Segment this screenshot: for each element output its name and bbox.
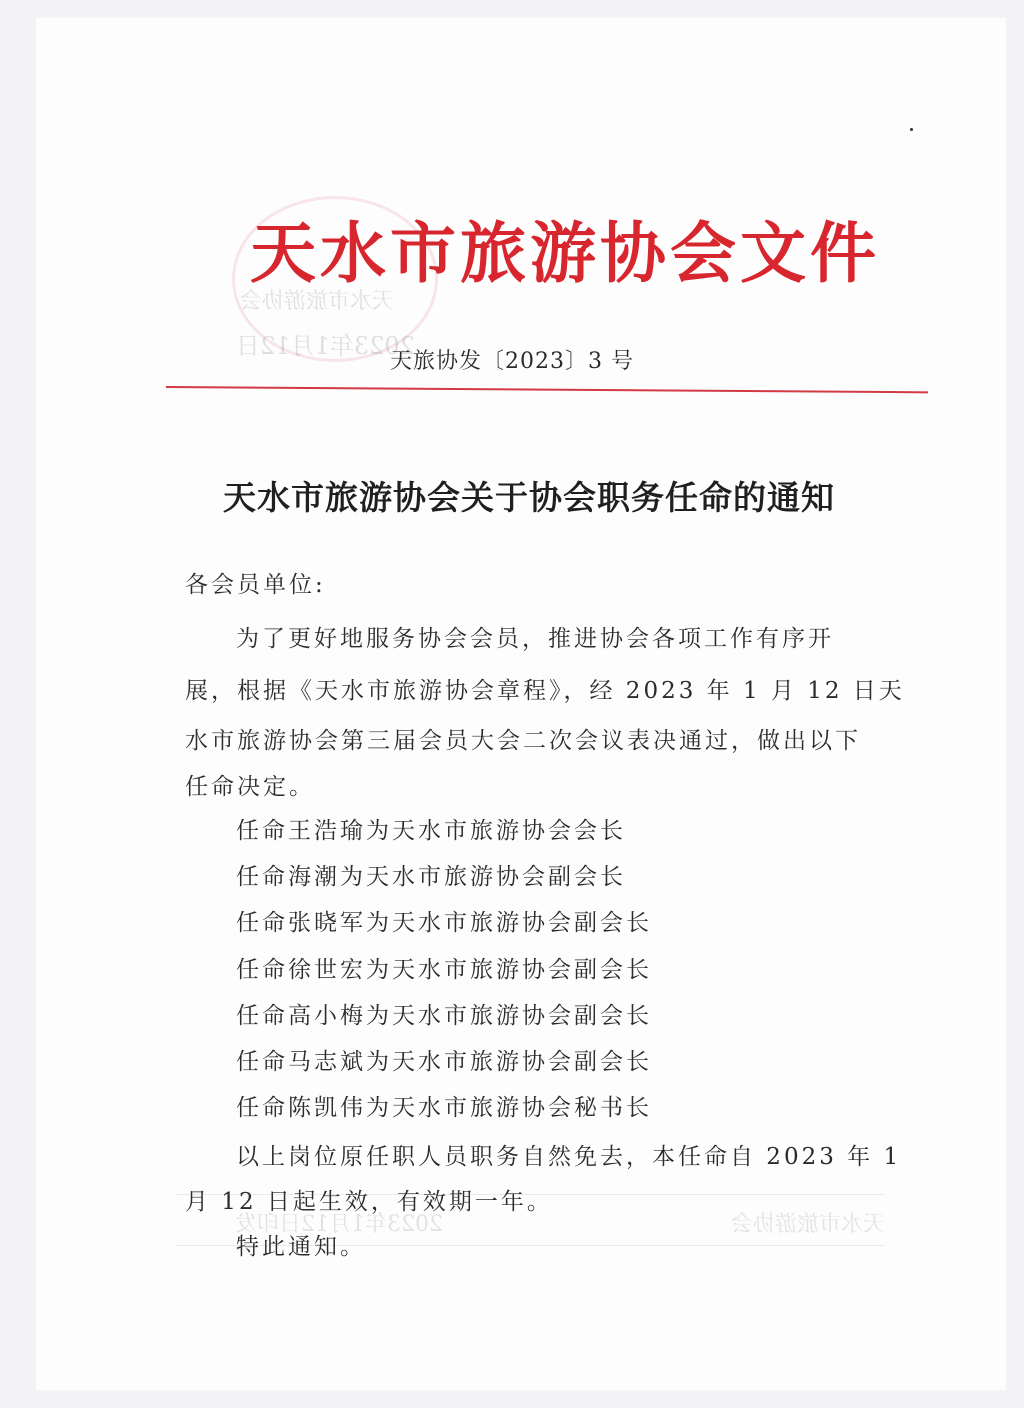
appointment-item: 任命张晓军为天水市旅游协会副会长	[236, 904, 652, 937]
appointment-item: 任命高小梅为天水市旅游协会副会长	[236, 997, 652, 1030]
scan-speck	[910, 128, 913, 131]
appointment-item: 任命马志斌为天水市旅游协会副会长	[236, 1043, 652, 1076]
page-title: 天水市旅游协会关于协会职务任命的通知	[0, 472, 1024, 519]
appointment-item: 任命徐世宏为天水市旅游协会副会长	[236, 951, 652, 984]
appointment-item: 任命陈凯伟为天水市旅游协会秘书长	[236, 1089, 652, 1122]
doc-number: 天旅协发〔2023〕3 号	[0, 344, 1024, 375]
appointment-item: 任命海潮为天水市旅游协会副会长	[236, 858, 626, 891]
closing: 特此通知。	[236, 1228, 366, 1261]
paragraph-line: 水市旅游协会第三届会员大会二次会议表决通过，做出以下	[185, 722, 861, 755]
masthead: 天水市旅游协会文件	[250, 200, 840, 295]
paragraph-line: 任命决定。	[185, 768, 315, 801]
footer-bleed-left-text: 天水市旅游协会	[731, 1207, 885, 1238]
paragraph-line: 以上岗位原任职人员职务自然免去，本任命自 2023 年 1	[236, 1138, 901, 1171]
paragraph-line: 展，根据《天水市旅游协会章程》，经 2023 年 1 月 12 日天	[185, 672, 905, 705]
salutation: 各会员单位:	[185, 566, 326, 599]
appointment-item: 任命王浩瑜为天水市旅游协会会长	[236, 812, 626, 845]
paragraph-line: 为了更好地服务协会会员，推进协会各项工作有序开	[236, 620, 834, 653]
